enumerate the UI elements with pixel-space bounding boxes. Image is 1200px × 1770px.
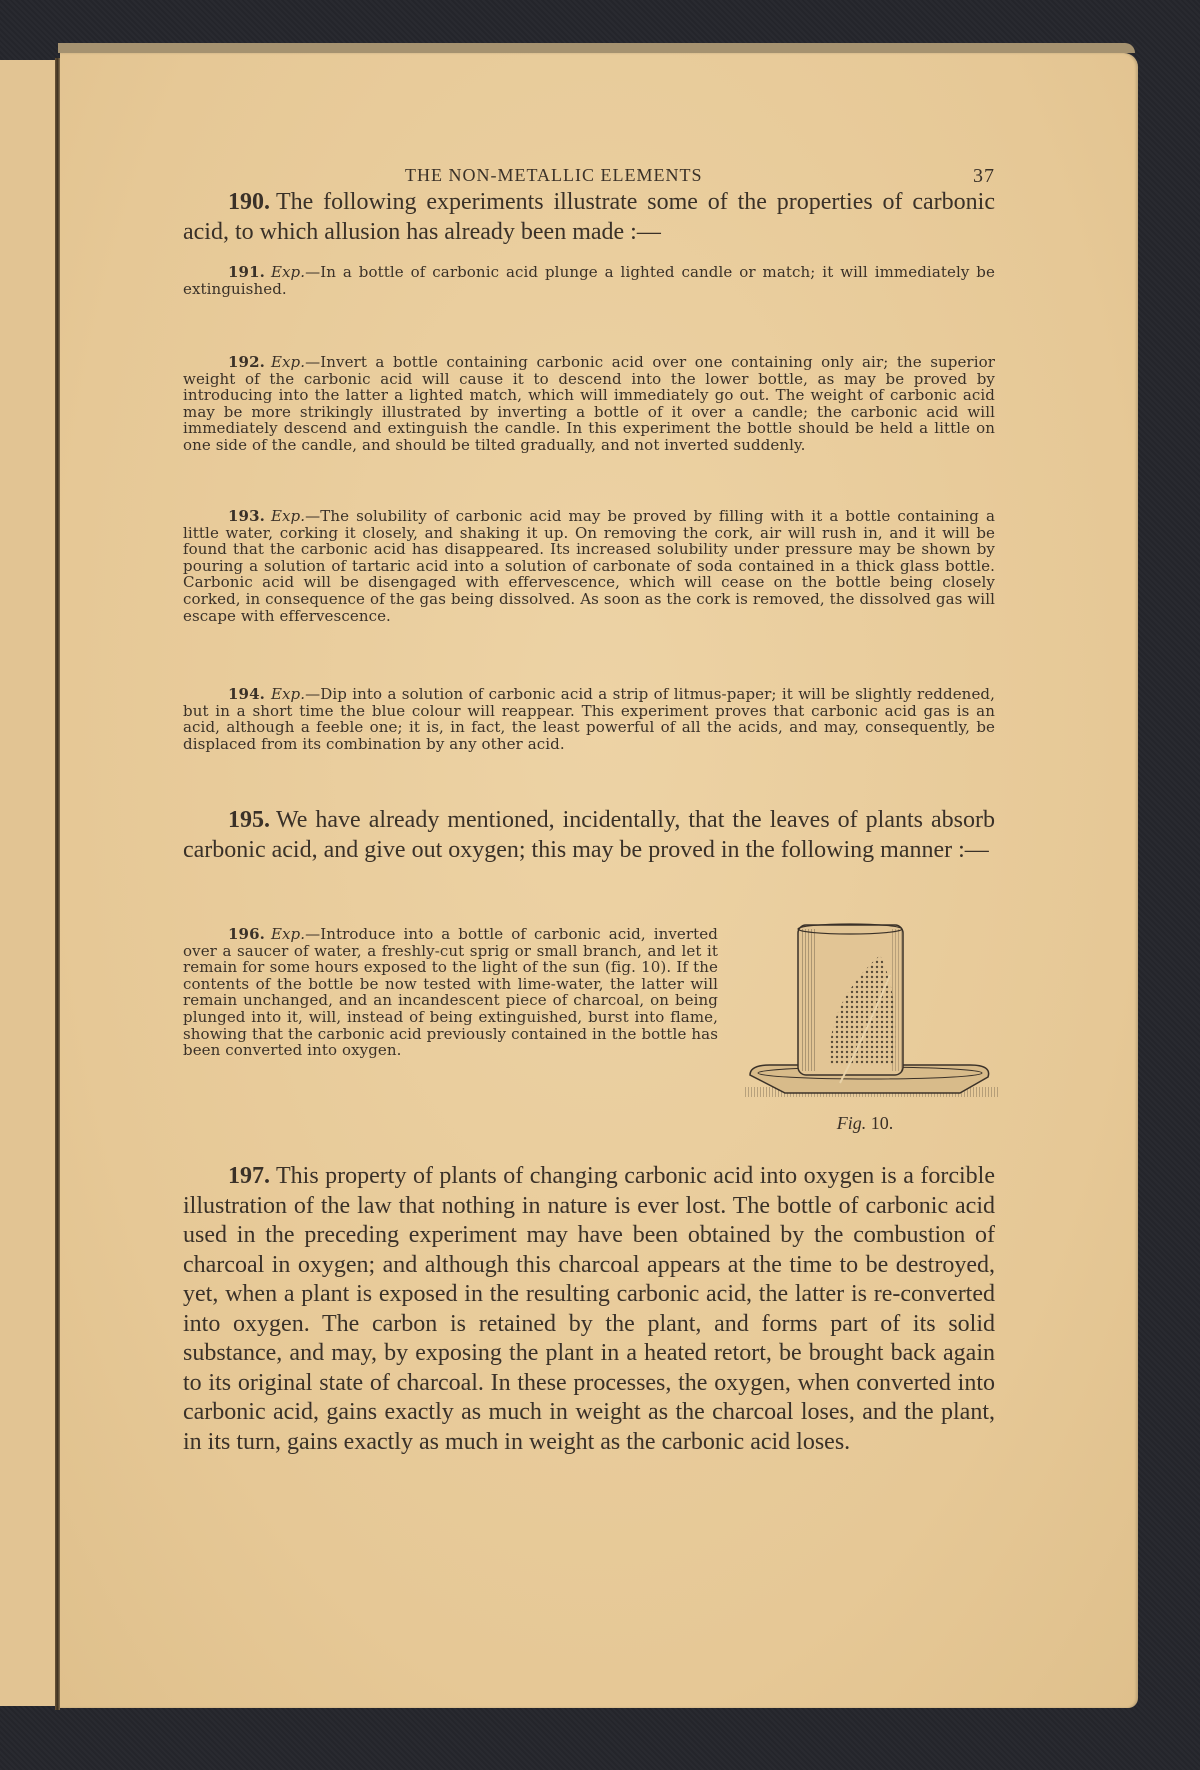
paragraph-number: 195. <box>228 807 270 833</box>
page-stack-edge <box>58 43 1135 53</box>
exp-label: Exp. <box>271 685 305 703</box>
paragraph-193: 193.Exp.—The solubility of carbonic acid… <box>183 508 995 624</box>
paragraph-194: 194.Exp.—Dip into a solution of carbonic… <box>183 686 995 752</box>
paragraph-195: 195.We have already mentioned, incidenta… <box>183 806 995 865</box>
paragraph-number: 194. <box>228 685 265 703</box>
exp-label: Exp. <box>271 353 305 371</box>
paragraph-text: —In a bottle of carbonic acid plunge a l… <box>183 263 995 298</box>
exp-label: Exp. <box>271 925 305 943</box>
exp-label: Exp. <box>271 263 305 281</box>
book-page <box>60 53 1138 1708</box>
paragraph-number: 197. <box>228 1163 270 1189</box>
chapter-title: THE NON-METALLIC ELEMENTS <box>405 165 703 186</box>
left-page-edge <box>0 60 58 1706</box>
paragraph-text: —Dip into a solution of carbonic acid a … <box>183 685 995 753</box>
paragraph-text: The following experiments illustrate som… <box>183 189 995 245</box>
paragraph-number: 196. <box>228 925 265 943</box>
paragraph-text: —Introduce into a bottle of carbonic aci… <box>183 925 718 1059</box>
paragraph-number: 190. <box>228 189 270 215</box>
figure-caption: Fig. 10. <box>730 1113 1000 1134</box>
book-gutter <box>55 58 60 1710</box>
paragraph-190: 190.The following experiments illustrate… <box>183 188 995 247</box>
figure-10: Fig. 10. <box>730 915 1000 1140</box>
paragraph-192: 192.Exp.—Invert a bottle containing carb… <box>183 354 995 454</box>
paragraph-text: This property of plants of changing carb… <box>183 1163 995 1455</box>
paragraph-text: —The solubility of carbonic acid may be … <box>183 507 995 625</box>
paragraph-text: We have already mentioned, incidentally,… <box>183 807 995 863</box>
paragraph-text: —Invert a bottle containing carbonic aci… <box>183 353 995 454</box>
paragraph-197: 197.This property of plants of changing … <box>183 1162 995 1457</box>
figure-number: 10. <box>871 1113 894 1133</box>
exp-label: Exp. <box>271 507 305 525</box>
paragraph-number: 193. <box>228 507 265 525</box>
paragraph-number: 192. <box>228 353 265 371</box>
page-number: 37 <box>973 165 995 188</box>
paragraph-number: 191. <box>228 263 265 281</box>
jar-on-saucer-illustration <box>730 915 1000 1110</box>
paragraph-191: 191.Exp.—In a bottle of carbonic acid pl… <box>183 264 995 297</box>
paragraph-196: 196.Exp.—Introduce into a bottle of carb… <box>183 926 718 1059</box>
figure-label: Fig. <box>837 1113 867 1133</box>
